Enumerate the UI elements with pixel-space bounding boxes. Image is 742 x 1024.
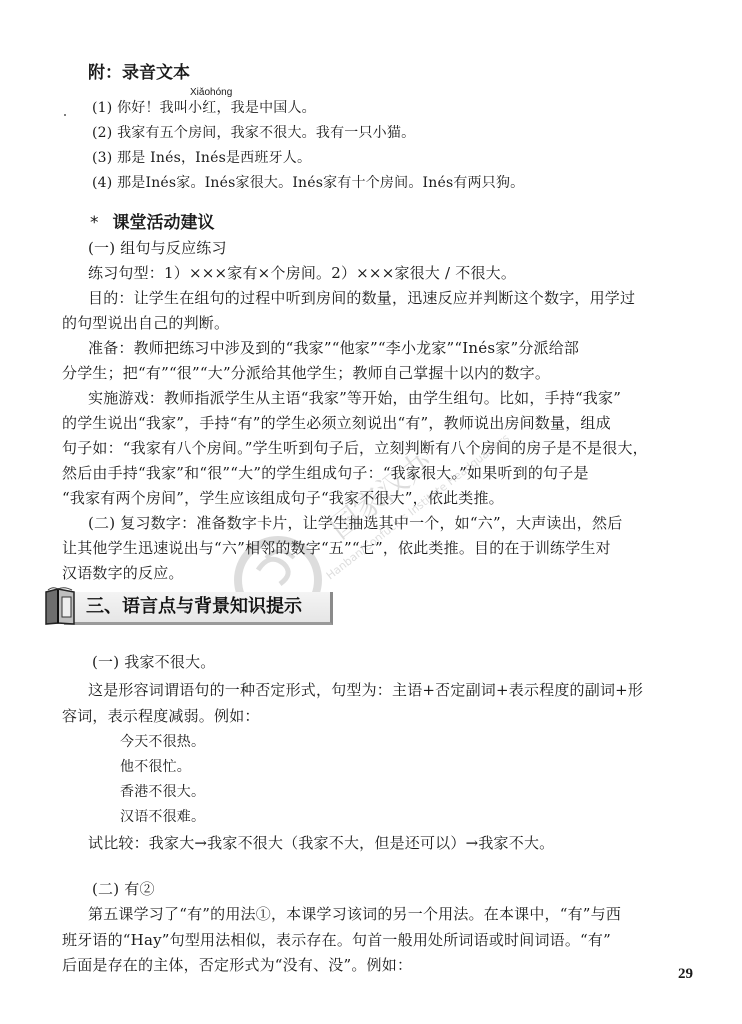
example-sentence: 今天不很热。 [120,732,205,752]
transcript-item-3: (3) 那是 Inés，Inés是西班牙人。 [92,148,311,168]
point1-line: 容词，表示程度减弱。例如： [62,706,260,726]
example-sentence: 汉语不很难。 [120,807,205,827]
activity-line: 然后由手持“我家”和“很”“大”的学生组成句子：“我家很大。”如果听到的句子是 [62,463,589,483]
activity-line: 分学生；把“有”“很”“大”分派给其他学生；教师自己掌握十以内的数字。 [62,363,550,383]
activity-heading-text: 课堂活动建议 [113,213,215,233]
example-sentence: 香港不很大。 [120,782,205,802]
point2-line: 后面是存在的主体，否定形式为“没有、没”。例如： [62,955,412,975]
point2-title: (二) 有② [92,879,155,899]
page-number: 29 [678,966,693,983]
point1-title: (一) 我家不很大。 [92,652,215,672]
transcript-item-2: (2) 我家有五个房间，我家不很大。我有一只小猫。 [92,123,415,143]
example-sentence: 他不很忙。 [120,757,191,777]
activity-line: (二) 复习数字：准备数字卡片，让学生抽选其中一个，如“六”，大声读出，然后 [88,513,622,533]
point1-line: 这是形容词谓语句的一种否定形式，句型为：主语+否定副词+表示程度的副词+形 [88,680,643,700]
activity-line: 的句型说出自己的判断。 [62,313,229,333]
activity-line: 目的：让学生在组句的过程中听到房间的数量，迅速反应并判断这个数字，用学过 [88,288,635,308]
section-banner: 三、语言点与背景知识提示 [42,586,332,626]
book-icon [42,586,78,626]
star-marker: * [90,213,99,233]
activity-line: “我家有两个房间”，学生应该组成句子“我家不很大”，依此类推。 [62,488,504,508]
transcript-item-4: (4) 那是Inés家。Inés家很大。Inés家有十个房间。Inés有两只狗。 [92,173,524,193]
point2-line: 第五课学习了“有”的用法①，本课学习该词的另一个用法。在本课中，“有”与西 [88,904,621,924]
transcript-item-1: (1) 你好！我叫小红，我是中国人。 [92,98,316,118]
activity-line: 实施游戏：教师指派学生从主语“我家”等开始，由学生组句。比如，手持“我家” [88,388,621,408]
activity-line: 练习句型：1）×××家有×个房间。2）×××家很大 / 不很大。 [88,263,516,283]
banner-title: 三、语言点与背景知识提示 [86,594,302,620]
activity-heading: *课堂活动建议 [90,212,215,234]
activity-line: 的学生说出“我家”，手持“有”的学生必须立刻说出“有”，教师说出房间数量，组成 [62,413,611,433]
activity-line: 汉语数字的反应。 [62,563,184,583]
activity-line: 准备：教师把练习中涉及到的“我家”“他家”“李小龙家”“Inés家”分派给部 [88,338,579,358]
activity-line: 句子如：“我家有八个房间。”学生听到句子后，立刻判断有八个房间的房子是不是很大， [62,438,648,458]
stray-dot [64,114,66,116]
point2-line: 班牙语的“Hay”句型用法相似，表示存在。句首一般用处所词语或时间词语。“有” [62,930,611,950]
point1-compare: 试比较：我家大→我家不很大（我家不大，但是还可以）→我家不大。 [88,833,554,853]
activity-line: 让其他学生迅速说出与“六”相邻的数字“五”“七”，依此类推。目的在于训练学生对 [62,538,611,558]
activity-sub1: (一) 组句与反应练习 [88,238,227,258]
appendix-heading: 附：录音文本 [88,62,190,84]
